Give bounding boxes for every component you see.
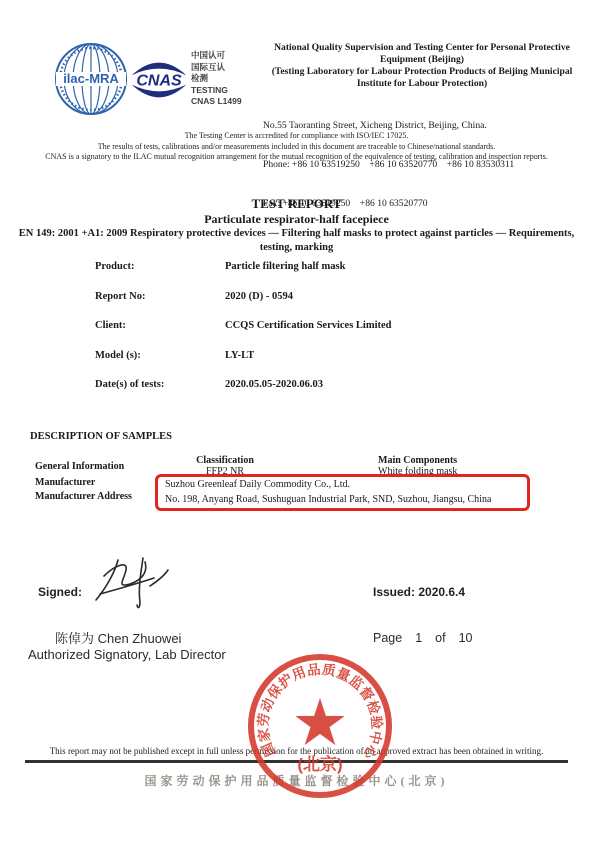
ilac-mra-logo-label: ilac-MRA	[63, 71, 119, 86]
manufacturer-label: Manufacturer	[35, 477, 95, 488]
stamp-center-text: (北京)	[297, 754, 342, 774]
accreditation-disclaimer: The Testing Center is accredited for com…	[0, 131, 593, 163]
red-seal-stamp-icon: 国家劳动保护用品质量监督检验中心 (北京)	[246, 652, 394, 800]
signed-label: Signed:	[38, 585, 82, 599]
field-value: LY-LT	[225, 350, 254, 369]
cnas-logo-icon: CNAS	[129, 57, 189, 103]
page-current: 1	[415, 631, 422, 645]
page-of: of	[435, 631, 445, 645]
field-value: 2020.05.05-2020.06.03	[225, 379, 323, 398]
page-total: 10	[459, 631, 473, 645]
lab-name: (Testing Laboratory for Labour Protectio…	[257, 66, 587, 90]
field-row-report-no: Report No: 2020 (D) - 0594	[95, 291, 535, 310]
accreditation-line: 中国认可	[191, 50, 242, 62]
field-label: Product:	[95, 261, 225, 280]
accreditation-line: CNAS L1499	[191, 96, 242, 108]
handwritten-signature-icon	[88, 552, 180, 616]
field-value: CCQS Certification Services Limited	[225, 320, 392, 339]
disclaimer-line: CNAS is a signatory to the ILAC mutual r…	[0, 152, 593, 163]
page-label: Page	[373, 631, 402, 645]
center-name: National Quality Supervision and Testing…	[257, 42, 587, 66]
samples-heading: DESCRIPTION OF SAMPLES	[30, 431, 172, 442]
accreditation-line: 国际互认	[191, 62, 242, 74]
field-value: Particle filtering half mask	[225, 261, 345, 280]
manufacturer-address-label: Manufacturer Address	[35, 491, 132, 502]
field-row-model: Model (s): LY-LT	[95, 350, 535, 369]
issued-date: Issued: 2020.6.4	[373, 585, 465, 599]
classification-header: Classification	[160, 455, 290, 466]
page-indicator: Page1of10	[373, 631, 486, 645]
accreditation-line: TESTING	[191, 85, 242, 97]
field-value: 2020 (D) - 0594	[225, 291, 293, 310]
cnas-accreditation-block: 中国认可 国际互认 检测 TESTING CNAS L1499	[191, 50, 242, 108]
components-header: Main Components	[378, 455, 457, 466]
field-label: Report No:	[95, 291, 225, 310]
field-row-client: Client: CCQS Certification Services Limi…	[95, 320, 535, 339]
general-info-label: General Information	[35, 461, 124, 472]
field-row-product: Product: Particle filtering half mask	[95, 261, 535, 280]
report-fields: Product: Particle filtering half mask Re…	[95, 261, 535, 409]
stamp-star-icon	[295, 698, 344, 745]
manufacturer-name: Suzhou Greenleaf Daily Commodity Co., Lt…	[165, 478, 520, 493]
signer-name: 陈倬为 Chen Zhuowei	[55, 628, 181, 647]
test-report-page: ilac-MRA CNAS 中国认可 国际互认 检测 TESTING CNAS …	[0, 0, 593, 841]
disclaimer-line: The Testing Center is accredited for com…	[0, 131, 593, 142]
report-standard: EN 149: 2001 +A1: 2009 Respiratory prote…	[13, 227, 581, 255]
field-label: Model (s):	[95, 350, 225, 369]
signer-role: Authorized Signatory, Lab Director	[28, 647, 226, 662]
report-title: TEST REPORT	[0, 196, 593, 212]
ilac-mra-logo-icon: ilac-MRA	[54, 42, 128, 116]
cnas-logo-label: CNAS	[136, 72, 182, 89]
field-label: Client:	[95, 320, 225, 339]
manufacturer-highlight-box: Suzhou Greenleaf Daily Commodity Co., Lt…	[155, 474, 530, 511]
disclaimer-line: The results of tests, calibrations and/o…	[0, 142, 593, 153]
field-row-test-dates: Date(s) of tests: 2020.05.05-2020.06.03	[95, 379, 535, 398]
field-label: Date(s) of tests:	[95, 379, 225, 398]
report-subtitle: Particulate respirator-half facepiece	[0, 212, 593, 227]
report-title-block: TEST REPORT Particulate respirator-half …	[0, 196, 593, 255]
accreditation-line: 检测	[191, 73, 242, 85]
manufacturer-address: No. 198, Anyang Road, Sushuguan Industri…	[165, 493, 520, 508]
